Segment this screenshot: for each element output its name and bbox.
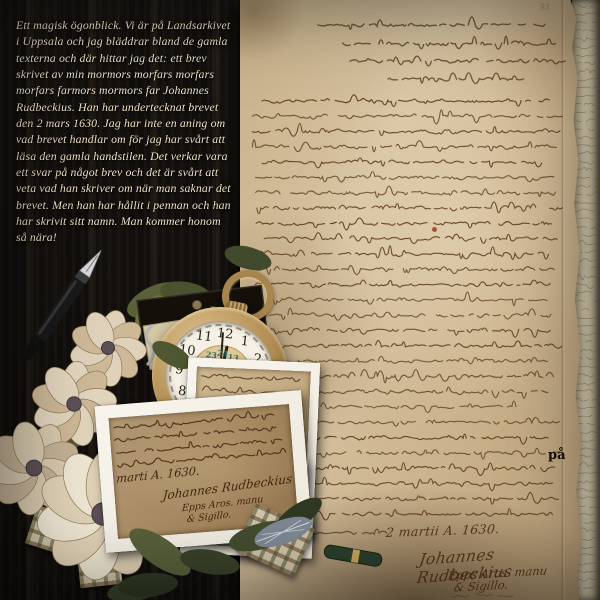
decor-front: [0, 0, 600, 600]
green-pen-object: [323, 544, 382, 567]
scrapbook-page: 93 2 martii A. 1630. Johannes Rudbeckius…: [0, 0, 600, 600]
